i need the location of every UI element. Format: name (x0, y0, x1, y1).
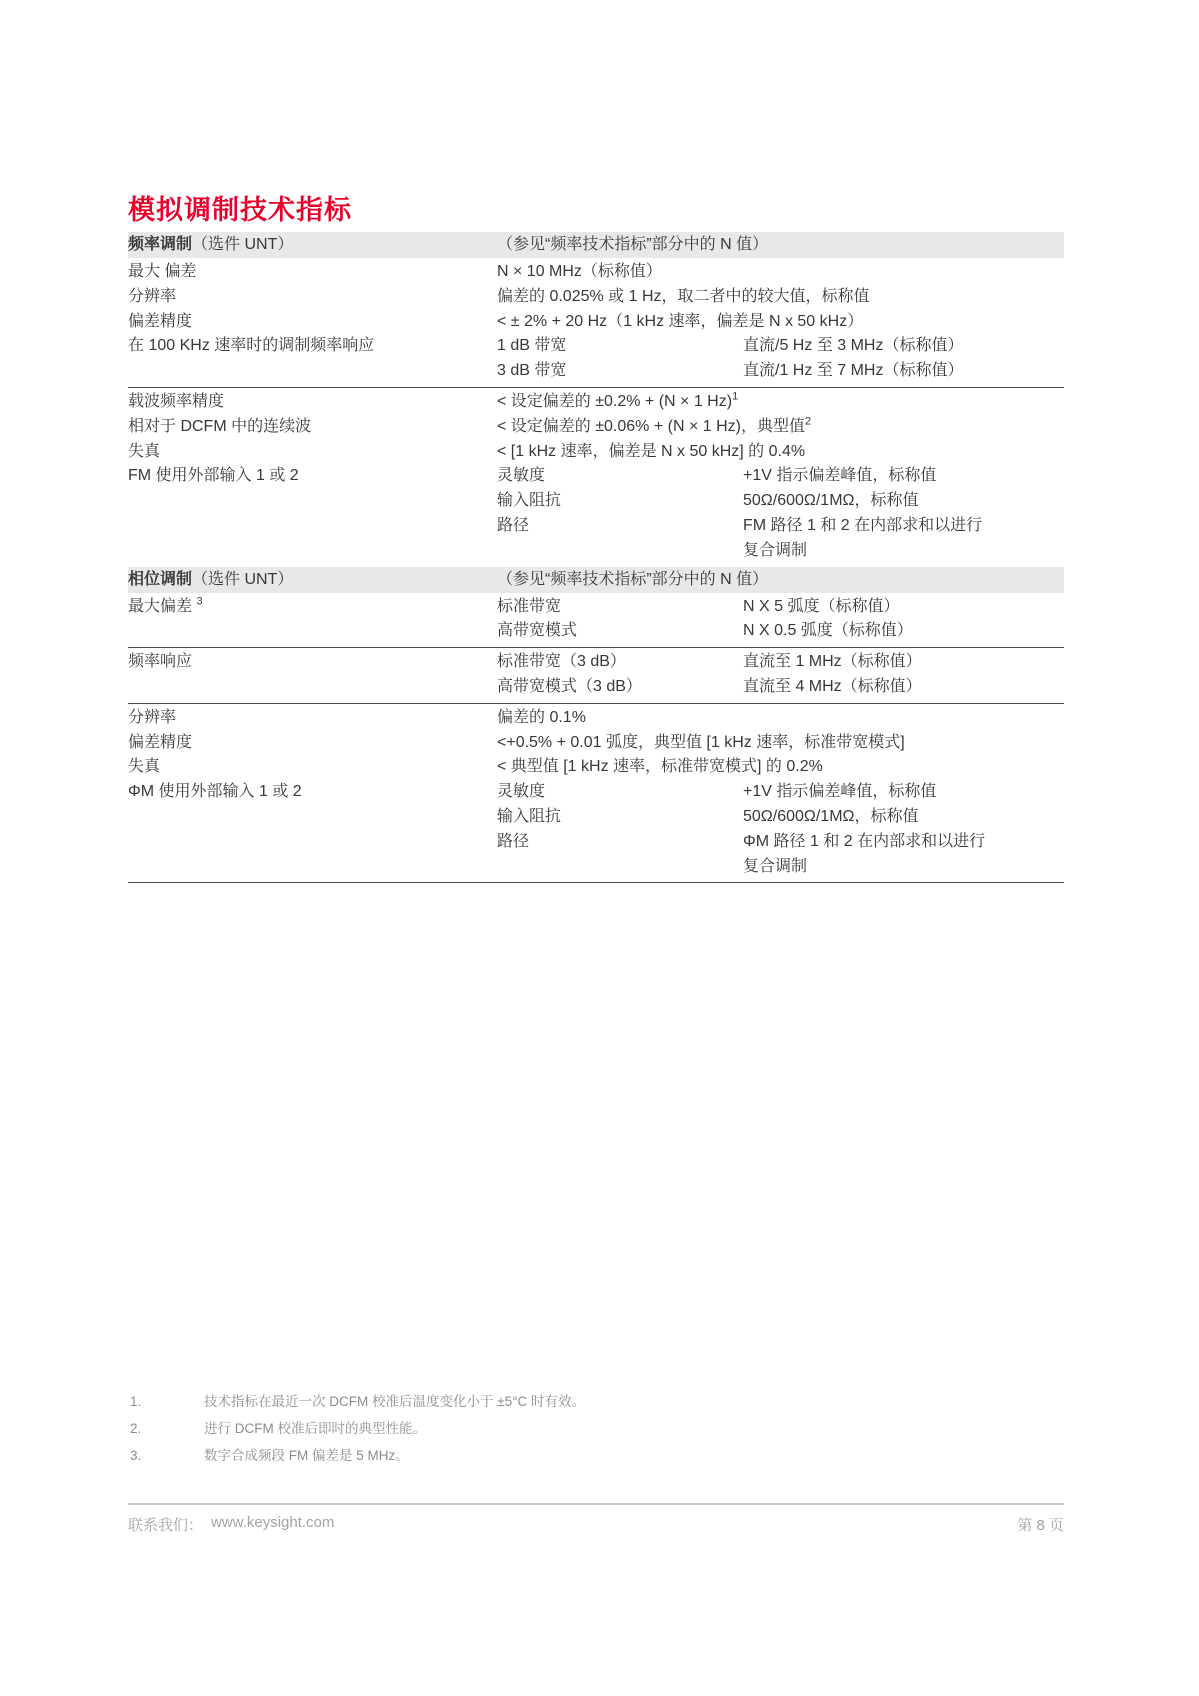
contact-url-link[interactable]: www.keysight.com (211, 1514, 334, 1535)
table-row: 相对于 DCFM 中的连续波< 设定偏差的 ±0.06% + (N × 1 Hz… (128, 415, 1064, 440)
spec-label: 分辨率 (128, 706, 497, 731)
footnote-text: 数字合成频段 FM 偏差是 5 MHz。 (204, 1442, 1065, 1469)
table-row: 失真< 典型值 [1 kHz 速率，标准带宽模式] 的 0.2% (128, 755, 1064, 780)
table-row: 在 100 KHz 速率时的调制频率响应1 dB 带宽直流/5 Hz 至 3 M… (128, 334, 1064, 359)
spec-subitem: 高带宽模式（3 dB） (497, 675, 743, 700)
spec-value: N X 5 弧度（标称值） (743, 595, 1064, 620)
spec-subitem: 高带宽模式 (497, 619, 743, 644)
spec-value: < 典型值 [1 kHz 速率，标准带宽模式] 的 0.2% (497, 755, 1064, 780)
page-footer: 联系我们： www.keysight.com 第 8 页 (128, 1503, 1064, 1535)
spec-value: <+0.5% + 0.01 弧度，典型值 [1 kHz 速率，标准带宽模式] (497, 731, 1064, 756)
page-title: 模拟调制技术指标 (128, 188, 352, 227)
spec-group: 频率响应标准带宽（3 dB）直流至 1 MHz（标称值）高带宽模式（3 dB）直… (128, 647, 1064, 703)
section-header-label: 频率调制（选件 UNT） (128, 232, 497, 258)
table-row: 3 dB 带宽直流/1 Hz 至 7 MHz（标称值） (128, 359, 1064, 384)
spec-group: 最大 偏差N × 10 MHz（标称值）分辨率偏差的 0.025% 或 1 Hz… (128, 258, 1064, 387)
table-row: 偏差精度< ± 2% + 20 Hz（1 kHz 速率，偏差是 N x 50 k… (128, 310, 1064, 335)
spec-subitem: 灵敏度 (497, 464, 743, 489)
spec-label: 频率响应 (128, 650, 497, 675)
spec-label (128, 675, 497, 700)
spec-label: 分辨率 (128, 285, 497, 310)
footnotes: 1.技术指标在最近一次 DCFM 校准后温度变化小于 ±5°C 时有效。2.进行… (130, 1388, 1065, 1469)
section-qualifier: （选件 UNT） (192, 236, 293, 253)
footnote-number: 3. (130, 1442, 204, 1469)
spec-value: 直流/1 Hz 至 7 MHz（标称值） (743, 359, 1064, 384)
table-row: 最大 偏差N × 10 MHz（标称值） (128, 260, 1064, 285)
table-row: 最大偏差 3标准带宽N X 5 弧度（标称值） (128, 595, 1064, 620)
spec-label: 最大偏差 3 (128, 595, 497, 620)
spec-value: 直流/5 Hz 至 3 MHz（标称值） (743, 334, 1064, 359)
spec-value: FM 路径 1 和 2 在内部求和以进行 复合调制 (743, 514, 1064, 564)
spec-value: < ± 2% + 20 Hz（1 kHz 速率，偏差是 N x 50 kHz） (497, 310, 1064, 335)
spec-value: +1V 指示偏差峰值，标称值 (743, 464, 1064, 489)
spec-table: 频率调制（选件 UNT）（参见“频率技术指标”部分中的 N 值）最大 偏差N ×… (128, 232, 1064, 883)
spec-label: 偏差精度 (128, 731, 497, 756)
spec-label: ΦM 使用外部输入 1 或 2 (128, 780, 497, 805)
footnote-item: 2.进行 DCFM 校准后即时的典型性能。 (130, 1415, 1065, 1442)
section-header-0: 频率调制（选件 UNT）（参见“频率技术指标”部分中的 N 值） (128, 232, 1064, 258)
spec-label: FM 使用外部输入 1 或 2 (128, 464, 497, 489)
spec-subitem: 输入阻抗 (497, 489, 743, 514)
footer-contact: 联系我们： www.keysight.com (128, 1514, 334, 1535)
footnote-ref: 3 (196, 595, 202, 607)
section-header-note: （参见“频率技术指标”部分中的 N 值） (497, 232, 1064, 258)
table-row: 输入阻抗50Ω/600Ω/1MΩ，标称值 (128, 489, 1064, 514)
spec-group: 分辨率偏差的 0.1%偏差精度<+0.5% + 0.01 弧度，典型值 [1 k… (128, 703, 1064, 883)
section-header-label: 相位调制（选件 UNT） (128, 567, 497, 593)
table-row: 偏差精度<+0.5% + 0.01 弧度，典型值 [1 kHz 速率，标准带宽模… (128, 731, 1064, 756)
spec-label: 最大 偏差 (128, 260, 497, 285)
spec-value: 50Ω/600Ω/1MΩ，标称值 (743, 805, 1064, 830)
spec-label (128, 619, 497, 644)
section-title: 相位调制 (128, 571, 192, 588)
page-number: 第 8 页 (1017, 1514, 1064, 1535)
footnote-text: 进行 DCFM 校准后即时的典型性能。 (204, 1415, 1065, 1442)
footnote-item: 1.技术指标在最近一次 DCFM 校准后温度变化小于 ±5°C 时有效。 (130, 1388, 1065, 1415)
footnote-ref: 2 (805, 415, 811, 427)
spec-subitem: 输入阻抗 (497, 805, 743, 830)
table-row: 失真< [1 kHz 速率，偏差是 N x 50 kHz] 的 0.4% (128, 440, 1064, 465)
spec-label (128, 489, 497, 514)
footnote-number: 1. (130, 1388, 204, 1415)
spec-subitem: 3 dB 带宽 (497, 359, 743, 384)
spec-value: 直流至 4 MHz（标称值） (743, 675, 1064, 700)
spec-value: +1V 指示偏差峰值，标称值 (743, 780, 1064, 805)
footnote-text: 技术指标在最近一次 DCFM 校准后温度变化小于 ±5°C 时有效。 (204, 1388, 1065, 1415)
table-row: 高带宽模式（3 dB）直流至 4 MHz（标称值） (128, 675, 1064, 700)
spec-subitem: 1 dB 带宽 (497, 334, 743, 359)
section-header-1: 相位调制（选件 UNT）（参见“频率技术指标”部分中的 N 值） (128, 567, 1064, 593)
table-row: 输入阻抗50Ω/600Ω/1MΩ，标称值 (128, 805, 1064, 830)
spec-value: 直流至 1 MHz（标称值） (743, 650, 1064, 675)
spec-label (128, 514, 497, 564)
spec-value: < [1 kHz 速率，偏差是 N x 50 kHz] 的 0.4% (497, 440, 1064, 465)
spec-label: 在 100 KHz 速率时的调制频率响应 (128, 334, 497, 359)
contact-label: 联系我们： (128, 1514, 203, 1535)
spec-value: N X 0.5 弧度（标称值） (743, 619, 1064, 644)
spec-value: 偏差的 0.1% (497, 706, 1064, 731)
spec-label: 偏差精度 (128, 310, 497, 335)
table-row: 分辨率偏差的 0.1% (128, 706, 1064, 731)
spec-label: 载波频率精度 (128, 390, 497, 415)
spec-label (128, 359, 497, 384)
section-qualifier: （选件 UNT） (192, 571, 293, 588)
spec-subitem: 标准带宽（3 dB） (497, 650, 743, 675)
spec-subitem: 标准带宽 (497, 595, 743, 620)
table-row: 分辨率偏差的 0.025% 或 1 Hz，取二者中的较大值，标称值 (128, 285, 1064, 310)
spec-value: < 设定偏差的 ±0.2% + (N × 1 Hz)1 (497, 390, 1064, 415)
spec-group: 最大偏差 3标准带宽N X 5 弧度（标称值）高带宽模式N X 0.5 弧度（标… (128, 593, 1064, 648)
table-row: 高带宽模式N X 0.5 弧度（标称值） (128, 619, 1064, 644)
spec-subitem: 灵敏度 (497, 780, 743, 805)
spec-value: 50Ω/600Ω/1MΩ，标称值 (743, 489, 1064, 514)
table-row: 频率响应标准带宽（3 dB）直流至 1 MHz（标称值） (128, 650, 1064, 675)
spec-label (128, 830, 497, 880)
table-row: FM 使用外部输入 1 或 2灵敏度+1V 指示偏差峰值，标称值 (128, 464, 1064, 489)
document-page: 模拟调制技术指标 频率调制（选件 UNT）（参见“频率技术指标”部分中的 N 值… (0, 0, 1199, 1696)
spec-value: ΦM 路径 1 和 2 在内部求和以进行 复合调制 (743, 830, 1064, 880)
table-row: 路径ΦM 路径 1 和 2 在内部求和以进行 复合调制 (128, 830, 1064, 880)
footnote-item: 3.数字合成频段 FM 偏差是 5 MHz。 (130, 1442, 1065, 1469)
spec-label: 相对于 DCFM 中的连续波 (128, 415, 497, 440)
spec-group: 载波频率精度< 设定偏差的 ±0.2% + (N × 1 Hz)1相对于 DCF… (128, 387, 1064, 567)
spec-label: 失真 (128, 440, 497, 465)
spec-value: < 设定偏差的 ±0.06% + (N × 1 Hz)，典型值2 (497, 415, 1064, 440)
table-row: 载波频率精度< 设定偏差的 ±0.2% + (N × 1 Hz)1 (128, 390, 1064, 415)
spec-label: 失真 (128, 755, 497, 780)
spec-label (128, 805, 497, 830)
table-row: 路径FM 路径 1 和 2 在内部求和以进行 复合调制 (128, 514, 1064, 564)
footnote-ref: 1 (732, 391, 738, 403)
spec-value: N × 10 MHz（标称值） (497, 260, 1064, 285)
table-row: ΦM 使用外部输入 1 或 2灵敏度+1V 指示偏差峰值，标称值 (128, 780, 1064, 805)
spec-subitem: 路径 (497, 830, 743, 880)
spec-value: 偏差的 0.025% 或 1 Hz，取二者中的较大值，标称值 (497, 285, 1064, 310)
spec-subitem: 路径 (497, 514, 743, 564)
section-title: 频率调制 (128, 236, 192, 253)
footnote-number: 2. (130, 1415, 204, 1442)
section-header-note: （参见“频率技术指标”部分中的 N 值） (497, 567, 1064, 593)
